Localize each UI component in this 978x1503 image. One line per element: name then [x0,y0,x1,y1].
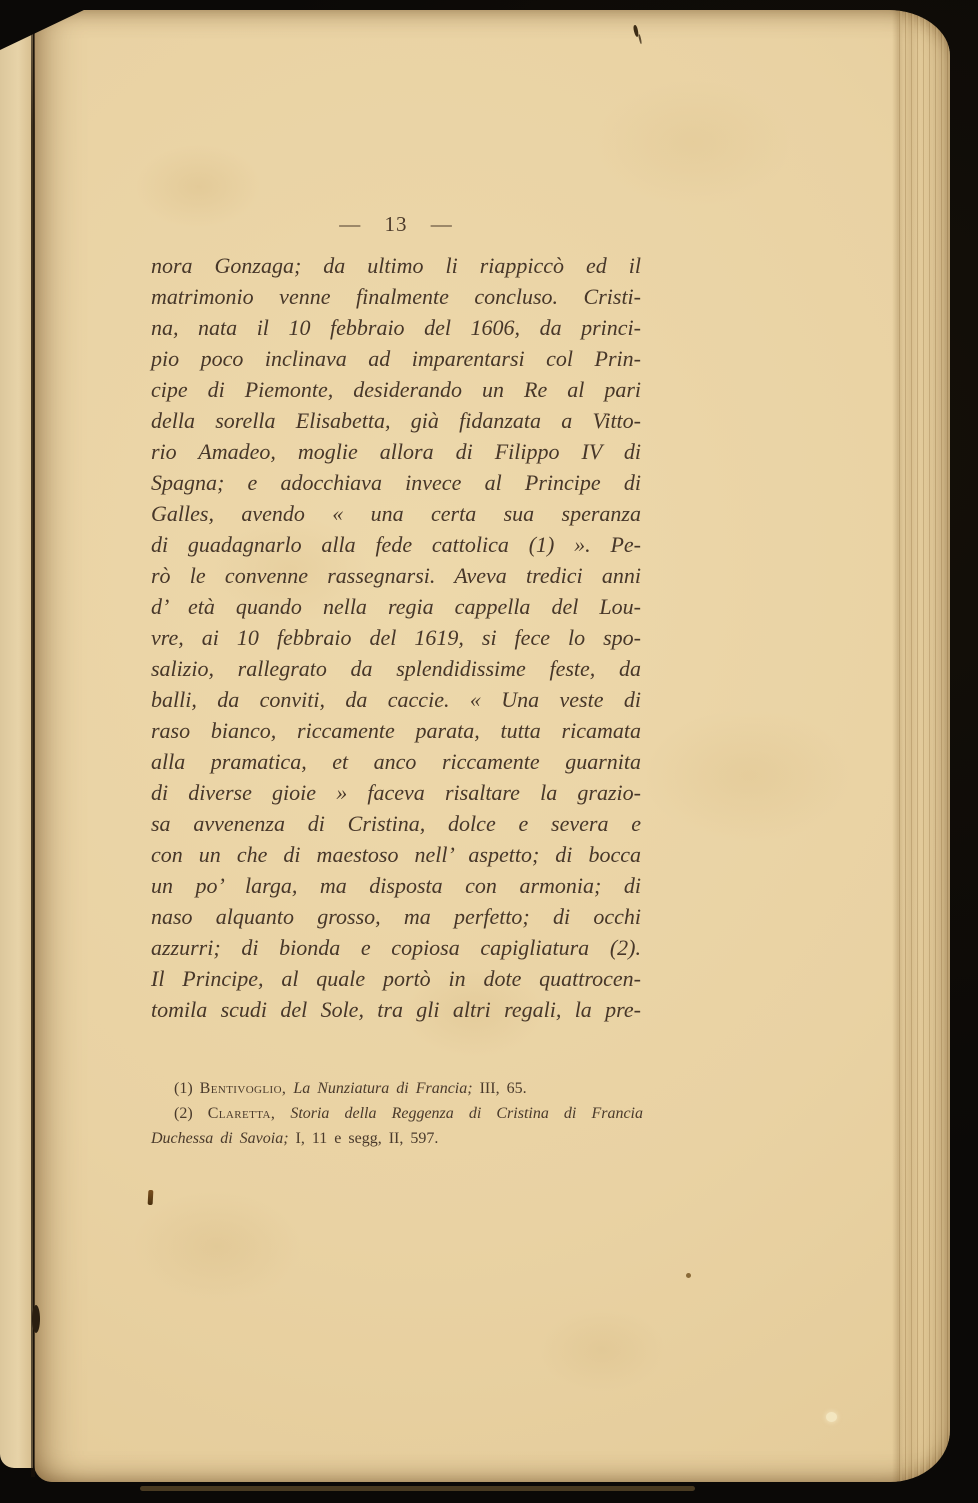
text-line: alla pramatica, et anco riccamente guarn… [151,746,641,777]
text-line: raso bianco, riccamente parata, tutta ri… [151,715,641,746]
text-line: azzurri; di bionda e copiosa capigliatur… [151,932,641,963]
footnote-1-author: Bentivoglio, [200,1080,287,1097]
text-line: pio poco inclinava ad imparentarsi col P… [151,343,641,374]
text-line: Galles, avendo « una certa sua speranza [151,498,641,529]
text-line: con un che di maestoso nell’ aspetto; di… [151,839,641,870]
footnote-2-line-1: (2) Claretta, Storia della Reggenza di C… [151,1101,643,1126]
footnote-2-reference: I, 11 e segg, II, 597. [296,1130,439,1147]
fore-edge-crease [892,10,904,1482]
text-line: Spagna; e adocchiava invece al Principe … [151,467,641,498]
footnote-1-title: La Nunziatura di Francia; [293,1080,472,1097]
page-content: — 13 — nora Gonzaga; da ultimo li riappi… [151,10,641,1482]
text-line: nora Gonzaga; da ultimo li riappiccò ed … [151,250,641,281]
book-page: — 13 — nora Gonzaga; da ultimo li riappi… [34,10,950,1482]
text-line: matrimonio venne finalmente concluso. Cr… [151,281,641,312]
text-line: della sorella Elisabetta, già fidanzata … [151,405,641,436]
text-line: rò le convenne rassegnarsi. Aveva tredic… [151,560,641,591]
footnote-1: (1) Bentivoglio, La Nunziatura di Franci… [151,1076,643,1101]
page-number: — 13 — [151,212,641,237]
text-line: sa avvenenza di Cristina, dolce e severa… [151,808,641,839]
text-line: na, nata il 10 febbraio del 1606, da pri… [151,312,641,343]
footnote-1-reference: III, 65. [480,1080,527,1097]
text-line: un po’ larga, ma disposta con armonia; d… [151,870,641,901]
text-line: di diverse gioie » faceva risaltare la g… [151,777,641,808]
page-fore-edge [896,10,950,1482]
bottom-page-edge [140,1486,695,1491]
paper-blemish-dark [686,1273,691,1278]
text-line: d’ età quando nella regia cappella del L… [151,591,641,622]
text-line: di guadagnarlo alla fede cattolica (1) »… [151,529,641,560]
footnotes: (1) Bentivoglio, La Nunziatura di Franci… [151,1076,643,1151]
footnote-2-author: Claretta, [208,1105,276,1122]
gutter-notch [32,1305,40,1333]
text-line: naso alquanto grosso, ma perfetto; di oc… [151,901,641,932]
ink-speck [148,1190,154,1205]
footnote-2-title-continued: Duchessa di Savoia; [151,1130,289,1147]
footnote-1-marker: (1) [174,1080,193,1097]
footnote-2-title: Storia della Reggenza di Cristina di Fra… [290,1105,643,1122]
text-line: cipe di Piemonte, desiderando un Re al p… [151,374,641,405]
page-body: nora Gonzaga; da ultimo li riappiccò ed … [151,250,641,1025]
gutter-crease [31,9,35,1477]
book-scan: — 13 — nora Gonzaga; da ultimo li riappi… [0,0,978,1503]
text-line: balli, da conviti, da caccie. « Una vest… [151,684,641,715]
text-line: vre, ai 10 febbraio del 1619, si fece lo… [151,622,641,653]
text-line: rio Amadeo, moglie allora di Filippo IV … [151,436,641,467]
paper-blemish-light [826,1412,837,1422]
footnote-2-marker: (2) [174,1105,193,1122]
text-line: Il Principe, al quale portò in dote quat… [151,963,641,994]
text-line: salizio, rallegrato da splendidissime fe… [151,653,641,684]
previous-page-edge [0,8,33,1468]
text-line: tomila scudi del Sole, tra gli altri reg… [151,994,641,1025]
footnote-2-line-2: Duchessa di Savoia; I, 11 e segg, II, 59… [151,1126,643,1151]
